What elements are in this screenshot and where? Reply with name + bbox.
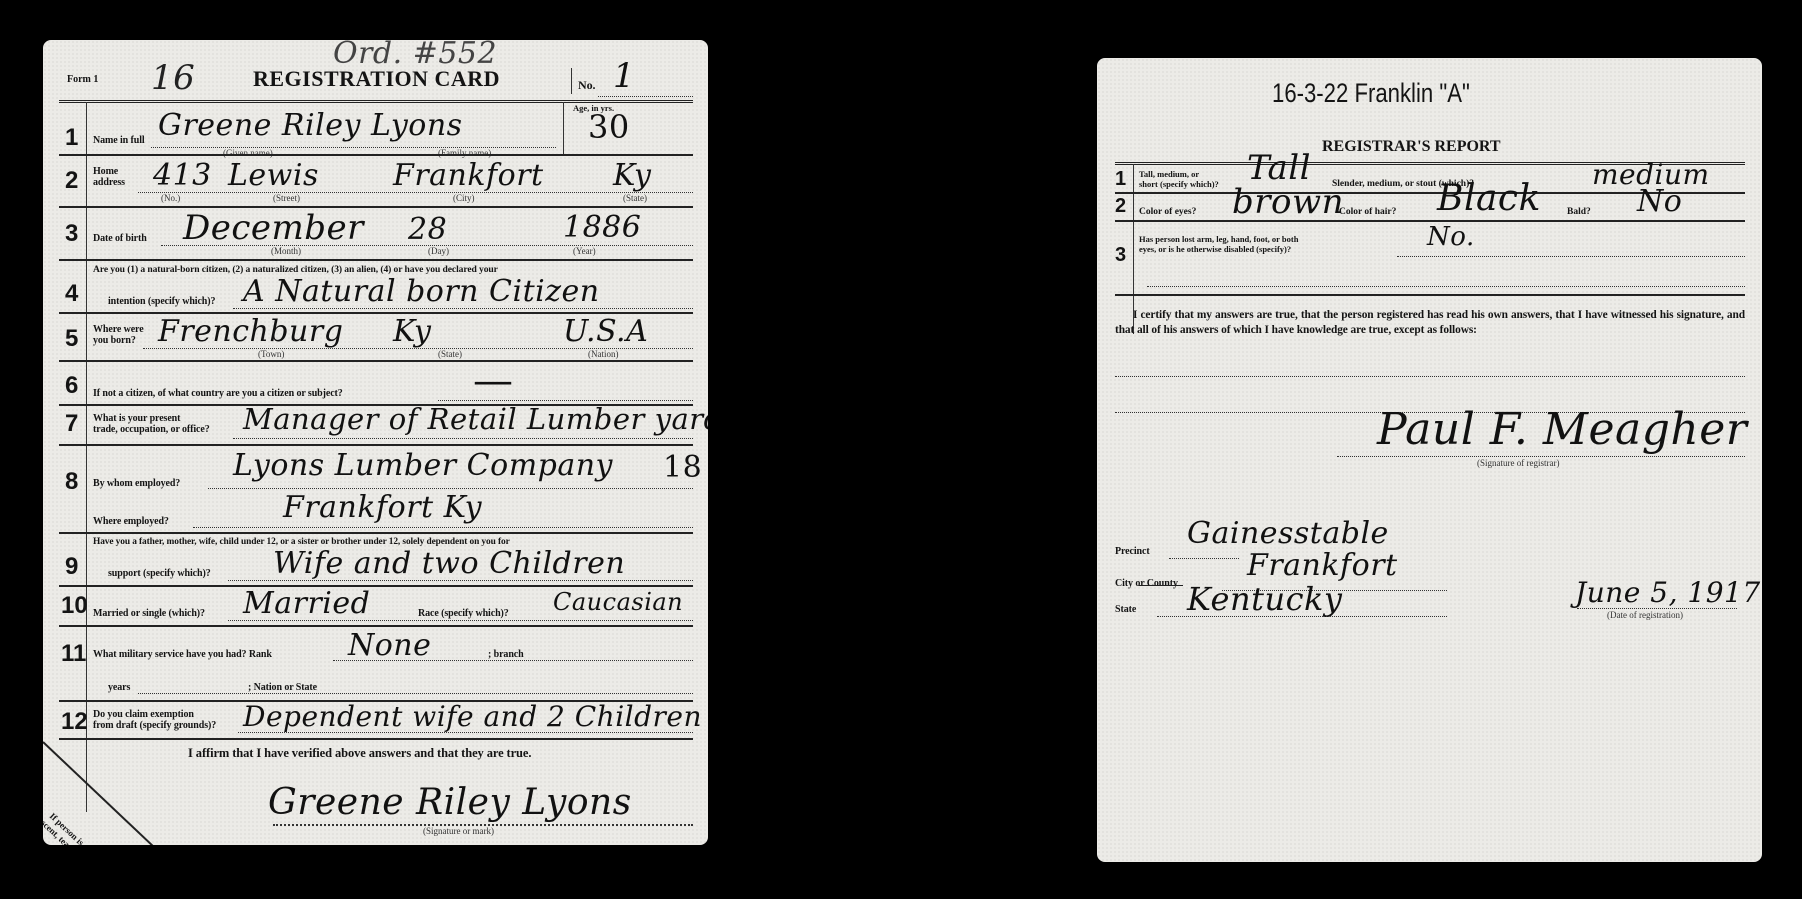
- birthplace-label: you born?: [93, 335, 136, 346]
- age-value: 30: [588, 108, 630, 146]
- caption: (Signature of registrar): [1477, 458, 1559, 468]
- caption: (Nation): [588, 349, 619, 359]
- caption: (No.): [161, 193, 180, 203]
- caption: (Date of registration): [1607, 610, 1683, 620]
- dotted-line: [238, 732, 693, 733]
- birth-state-value: Ky: [393, 314, 431, 349]
- height-label: short (specify which)?: [1139, 179, 1219, 189]
- registration-date-value: June 5, 1917.: [1575, 576, 1762, 609]
- marital-status-label: Married or single (which)?: [93, 608, 205, 619]
- dotted-line: [228, 620, 693, 621]
- row-number: 3: [65, 220, 78, 248]
- serial-mark: 16: [151, 58, 195, 98]
- registrars-report-card: 16-3-22 Franklin "A" REGISTRAR'S REPORT …: [1097, 58, 1762, 862]
- row-rule: [59, 154, 693, 156]
- occupation-label: trade, occupation, or office?: [93, 424, 210, 435]
- caption: (State): [438, 349, 462, 359]
- state-value: Kentucky: [1187, 580, 1342, 618]
- row-number: 2: [1115, 195, 1126, 218]
- caption: (Year): [573, 246, 596, 256]
- city-value: Frankfort: [393, 158, 544, 193]
- birth-nation-value: U.S.A: [563, 314, 648, 349]
- occupation-label: What is your present: [93, 413, 180, 424]
- row-number-divider: [86, 102, 87, 812]
- years-label: years: [108, 682, 130, 693]
- hair-color-value: Black: [1437, 178, 1541, 219]
- dotted-line: [138, 693, 693, 694]
- birth-year-value: 1886: [563, 210, 641, 245]
- dotted-line: [208, 488, 693, 489]
- dotted-line: [138, 192, 693, 193]
- caption: (Street): [273, 193, 300, 203]
- name-label: Name in full: [93, 135, 145, 146]
- divider: [563, 102, 564, 154]
- birth-town-value: Frenchburg: [158, 314, 343, 349]
- dotted-line: [161, 245, 693, 246]
- citizenship-value: A Natural born Citizen: [243, 274, 600, 309]
- dependents-value: Wife and two Children: [273, 546, 625, 581]
- row-number: 11: [61, 640, 86, 668]
- registrant-signature: Greene Riley Lyons: [268, 782, 632, 823]
- row-number: 1: [1115, 168, 1126, 191]
- row-rule: [59, 206, 693, 208]
- dotted-line: [1397, 256, 1745, 257]
- citizenship-label: intention (specify which)?: [108, 296, 215, 307]
- citizen-country-label: If not a citizen, of what country are yo…: [93, 388, 343, 399]
- eye-color-label: Color of eyes?: [1139, 207, 1196, 217]
- row-rule: [59, 360, 693, 362]
- military-rank-value: None: [348, 628, 431, 663]
- address-label: address: [93, 177, 125, 188]
- caption: (Given name): [223, 148, 273, 158]
- exemption-value: Dependent wife and 2 Children: [243, 700, 702, 733]
- eye-color-value: brown: [1232, 182, 1344, 222]
- state-label: State: [1115, 604, 1136, 615]
- row-number: 5: [65, 325, 78, 353]
- row-rule: [59, 532, 693, 534]
- nation-state-label: ; Nation or State: [248, 682, 317, 693]
- row-rule: [59, 585, 693, 587]
- dotted-line: [1157, 616, 1447, 617]
- caption: (Month): [271, 246, 301, 256]
- row-rule: [59, 625, 693, 627]
- report-title: REGISTRAR'S REPORT: [1322, 138, 1501, 156]
- city-county-value: Frankfort: [1247, 548, 1398, 583]
- registration-card: Ord. #552 Form 1 16 REGISTRATION CARD No…: [43, 40, 708, 845]
- employment-place-value: Frankfort Ky: [283, 490, 482, 525]
- employment-place-label: Where employed?: [93, 516, 169, 527]
- dotted-line: [1169, 558, 1239, 559]
- birth-day-value: 28: [408, 212, 447, 247]
- row-rule: [1115, 294, 1745, 296]
- certification-text: I certify that my answers are true, that…: [1115, 308, 1745, 338]
- dotted-line: [151, 147, 556, 148]
- dotted-line: [438, 400, 693, 401]
- row-number: 1: [65, 124, 78, 152]
- form-label: Form 1: [67, 74, 98, 85]
- dotted-line: [1147, 286, 1745, 287]
- row-number: 10: [61, 592, 88, 620]
- row-number: 6: [65, 372, 78, 400]
- divider: [571, 68, 572, 94]
- signature-line: [1337, 456, 1745, 457]
- caption: (Town): [258, 349, 284, 359]
- row-rule: [59, 444, 693, 446]
- house-number-value: 413: [153, 158, 212, 193]
- race-value: Caucasian: [553, 588, 683, 616]
- bald-label: Bald?: [1567, 207, 1591, 217]
- height-label: Tall, medium, or: [1139, 169, 1199, 179]
- state-value: Ky: [613, 158, 651, 193]
- row-number: 9: [65, 553, 78, 581]
- dependents-label: support (specify which)?: [108, 568, 211, 579]
- row-number: 8: [65, 468, 78, 496]
- bald-value: No: [1637, 184, 1682, 219]
- citizen-country-value: —: [473, 358, 514, 404]
- precinct-label: Precinct: [1115, 546, 1150, 557]
- dotted-line: [333, 660, 693, 661]
- birth-month-value: December: [183, 208, 364, 248]
- caption: (Family name): [438, 148, 491, 158]
- dotted-line: [1577, 608, 1737, 609]
- row-number: 2: [65, 167, 78, 195]
- caption: (Day): [428, 246, 449, 256]
- caption: (Signature or mark): [423, 826, 494, 836]
- military-service-label: What military service have you had? Rank: [93, 649, 272, 660]
- row-number: 4: [65, 280, 78, 308]
- marital-status-value: Married: [243, 586, 370, 621]
- exemption-label: Do you claim exemption: [93, 709, 194, 720]
- row-number: 3: [1115, 244, 1126, 267]
- card-number: 1: [613, 56, 635, 96]
- affirmation-text: I affirm that I have verified above answ…: [188, 746, 531, 761]
- full-name-value: Greene Riley Lyons: [158, 108, 463, 143]
- card-title: REGISTRATION CARD: [253, 66, 500, 92]
- disability-label: Has person lost arm, leg, hand, foot, or…: [1139, 234, 1298, 244]
- dotted-line: [233, 438, 693, 439]
- no-label: No.: [578, 78, 595, 93]
- dotted-line: [1115, 376, 1745, 377]
- dotted-line: [233, 308, 693, 309]
- no-dotted-line: [598, 96, 693, 97]
- dotted-line: [228, 580, 693, 581]
- row-number: 7: [65, 410, 78, 438]
- city-county-label: City or County: [1115, 578, 1178, 589]
- row-rule: [59, 259, 693, 261]
- employer-value: Lyons Lumber Company: [233, 448, 613, 483]
- birthplace-label: Where were: [93, 324, 144, 335]
- report-header: 16-3-22 Franklin "A": [1272, 78, 1470, 109]
- caption: (State): [623, 193, 647, 203]
- street-value: Lewis: [228, 158, 319, 193]
- dob-label: Date of birth: [93, 233, 147, 244]
- employer-label: By whom employed?: [93, 478, 180, 489]
- dotted-line: [193, 527, 693, 528]
- registrar-signature: Paul F. Meagher: [1377, 404, 1747, 455]
- strikethrough: [1139, 585, 1183, 586]
- branch-label: ; branch: [488, 649, 524, 660]
- address-label: Home: [93, 166, 118, 177]
- caption: (City): [453, 193, 475, 203]
- employer-note-value: 18: [663, 450, 702, 485]
- occupation-value: Manager of Retail Lumber yard: [243, 402, 708, 436]
- disability-label: eyes, or is he otherwise disabled (speci…: [1139, 244, 1291, 254]
- race-label: Race (specify which)?: [418, 608, 509, 619]
- precinct-value: Gainesstable: [1187, 516, 1389, 551]
- hair-color-label: Color of hair?: [1339, 207, 1396, 217]
- disability-value: No.: [1427, 222, 1475, 252]
